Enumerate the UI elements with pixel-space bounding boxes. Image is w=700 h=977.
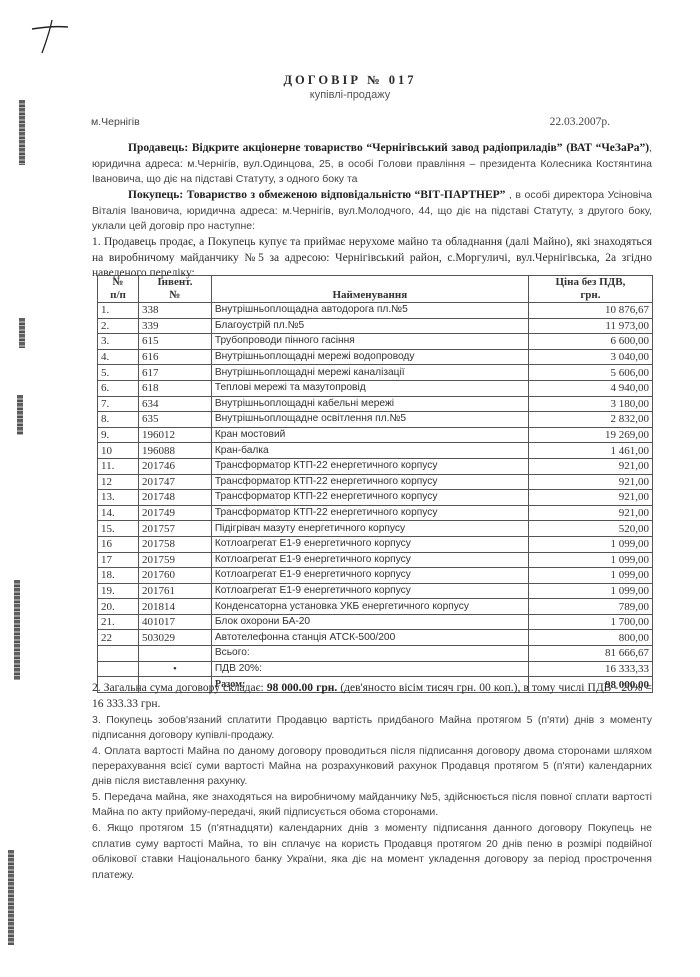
table-row: 3.615Трубопроводи пінного гасіння6 600,0… xyxy=(98,334,653,350)
clause-5: 5. Передача майна, яке знаходяться на ви… xyxy=(92,790,652,820)
contract-total-amount: 98 000.00 грн. xyxy=(267,682,337,694)
table-row: 4.616Внутрішньоплощадні мережі водопрово… xyxy=(98,349,653,365)
scan-artifact-strip xyxy=(19,100,25,165)
clause-3: 3. Покупець зобов'язаний сплатити Продав… xyxy=(92,713,652,743)
property-items-table: № п/п Інвент. № Найменування Ціна без ПД… xyxy=(97,275,653,693)
table-header-row: № п/п Інвент. № Найменування Ціна без ПД… xyxy=(98,276,653,303)
table-row: 16201758Котлоагрегат Е1-9 енергетичного … xyxy=(98,536,653,552)
mark-dot: • xyxy=(139,661,212,677)
table-row: 20.201814Конденсаторна установка УКБ ене… xyxy=(98,599,653,615)
buyer-paragraph: Покупець: Товариство з обмеженою відпові… xyxy=(92,188,652,235)
scan-artifact-strip xyxy=(14,580,20,680)
table-row: 19.201761Котлоагрегат Е1-9 енергетичного… xyxy=(98,583,653,599)
table-row: 11.201746Трансформатор КТП-22 енергетичн… xyxy=(98,458,653,474)
table-row: 8.635Внутрішньоплощадне освітлення пл.№5… xyxy=(98,412,653,428)
table-row: 18.201760Котлоагрегат Е1-9 енергетичного… xyxy=(98,568,653,584)
header-name: Найменування xyxy=(211,276,528,303)
table-row: 12201747Трансформатор КТП-22 енергетично… xyxy=(98,474,653,490)
table-row: 14.201749Трансформатор КТП-22 енергетичн… xyxy=(98,505,653,521)
scan-artifact-strip xyxy=(8,850,14,945)
subtotal-value: 81 666,67 xyxy=(528,646,652,662)
table-row: 15.201757Підігрівач мазуту енергетичного… xyxy=(98,521,653,537)
document-subtitle: купівлі-продажу xyxy=(0,89,700,101)
vat-label: ПДВ 20%: xyxy=(211,661,528,677)
clause-4: 4. Оплата вартості Майна по даному догов… xyxy=(92,744,652,789)
handwritten-cross-mark-icon xyxy=(30,18,70,54)
seller-label: Продавець: xyxy=(128,142,188,154)
table-row: 1.338Внутрішньоплощадна автодорога пл.№5… xyxy=(98,303,653,319)
table-row: 5.617Внутрішньоплощадні мережі каналізац… xyxy=(98,365,653,381)
clause-2: 2. Загальна сума договору складає: 98 00… xyxy=(92,681,652,712)
table-row: 21.401017Блок охорони БА-201 700,00 xyxy=(98,614,653,630)
header-number: № п/п xyxy=(98,276,139,303)
vat-row: • ПДВ 20%: 16 333,33 xyxy=(98,661,653,677)
subtotal-row: Всього: 81 666,67 xyxy=(98,646,653,662)
table-row: 13.201748Трансформатор КТП-22 енергетичн… xyxy=(98,490,653,506)
clause-6: 6. Якщо протягом 15 (п'ятнадцяти) календ… xyxy=(92,821,652,883)
subtotal-label: Всього: xyxy=(211,646,528,662)
table-row: 2.339Благоустрій пл.№511 973,00 xyxy=(98,318,653,334)
document-page: ДОГОВІР № 017 купівлі-продажу м.Чернігів… xyxy=(0,0,700,977)
table-row: 9.196012Кран мостовий19 269,00 xyxy=(98,427,653,443)
vat-value: 16 333,33 xyxy=(528,661,652,677)
table-row: 10196088Кран-балка1 461,00 xyxy=(98,443,653,459)
seller-paragraph: Продавець: Відкрите акціонерне товариств… xyxy=(92,141,652,188)
contract-city: м.Чернігів xyxy=(91,116,140,128)
buyer-name: Товариство з обмеженою відповідальністю … xyxy=(187,189,506,201)
table-row: 6.618Теплові мережі та мазутопровід4 940… xyxy=(98,380,653,396)
seller-name: Відкрите акціонерне товариство “Чернігів… xyxy=(192,142,649,154)
header-inventory-number: Інвент. № xyxy=(139,276,212,303)
table-row: 7.634Внутрішньоплощадні кабельні мережі3… xyxy=(98,396,653,412)
scan-artifact-strip xyxy=(17,395,23,435)
document-title: ДОГОВІР № 017 xyxy=(0,73,700,88)
scan-artifact-strip xyxy=(19,318,25,348)
buyer-label: Покупець: xyxy=(128,189,183,201)
header-price: Ціна без ПДВ, грн. xyxy=(528,276,652,303)
contract-date: 22.03.2007р. xyxy=(550,116,610,128)
table-row: 22503029Автотелефонна станція АТСК-500/2… xyxy=(98,630,653,646)
table-row: 17201759Котлоагрегат Е1-9 енергетичного … xyxy=(98,552,653,568)
